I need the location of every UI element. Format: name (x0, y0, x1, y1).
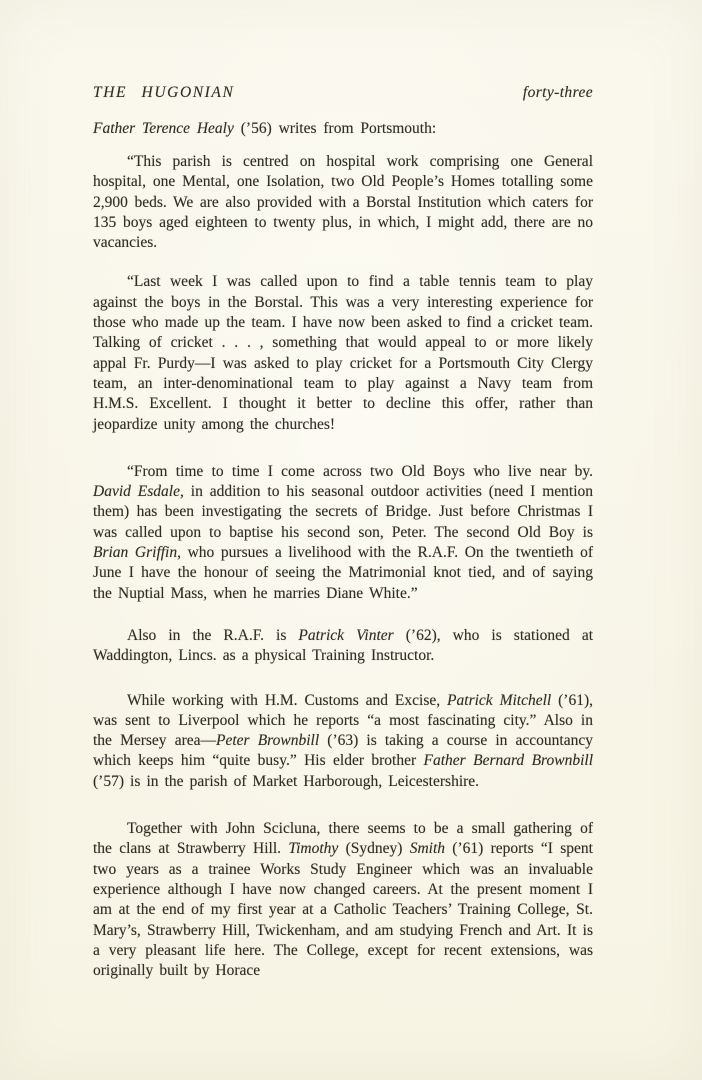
page-number-folio: forty-three (523, 84, 593, 102)
text-run: (’61) reports “I spent two years as a tr… (93, 840, 593, 979)
magazine-page: THE HUGONIAN forty-three Father Terence … (0, 0, 702, 1080)
journal-title: THE HUGONIAN (93, 84, 234, 102)
paragraph: “This parish is centred on hospital work… (93, 152, 593, 253)
text-run: Also in the R.A.F. is (127, 627, 298, 644)
text-run: (’56) writes from Portsmouth: (234, 120, 436, 137)
emphasized-name: Father Bernard Brownbill (424, 752, 593, 769)
page-content: THE HUGONIAN forty-three Father Terence … (93, 84, 593, 981)
byline: Father Terence Healy (’56) writes from P… (93, 119, 593, 139)
emphasized-name: Brian Griffin (93, 544, 177, 561)
text-run: “From time to time I come across two Old… (127, 463, 593, 480)
text-run: (Sydney) (338, 840, 409, 857)
emphasized-name: Patrick Mitchell (447, 692, 551, 709)
text-run: “This parish is centred on hospital work… (93, 153, 593, 251)
emphasized-name: Timothy (288, 840, 338, 857)
text-run: (’57) is in the parish of Market Harboro… (93, 773, 479, 790)
paragraph: Together with John Scicluna, there seems… (93, 819, 593, 981)
paragraph: Also in the R.A.F. is Patrick Vinter (’6… (93, 626, 593, 667)
paragraph: “From time to time I come across two Old… (93, 462, 593, 604)
emphasized-name: Patrick Vinter (298, 627, 393, 644)
emphasized-name: Peter Brownbill (216, 732, 319, 749)
emphasized-name: David Esdale (93, 483, 180, 500)
paragraphs: “This parish is centred on hospital work… (93, 152, 593, 981)
emphasized-name: Father Terence Healy (93, 120, 234, 137)
text-run: While working with H.M. Customs and Exci… (127, 692, 447, 709)
emphasized-name: Smith (410, 840, 445, 857)
running-header: THE HUGONIAN forty-three (93, 84, 593, 102)
paragraph: While working with H.M. Customs and Exci… (93, 691, 593, 792)
paragraph: “Last week I was called upon to find a t… (93, 272, 593, 434)
text-run: “Last week I was called upon to find a t… (93, 273, 593, 432)
